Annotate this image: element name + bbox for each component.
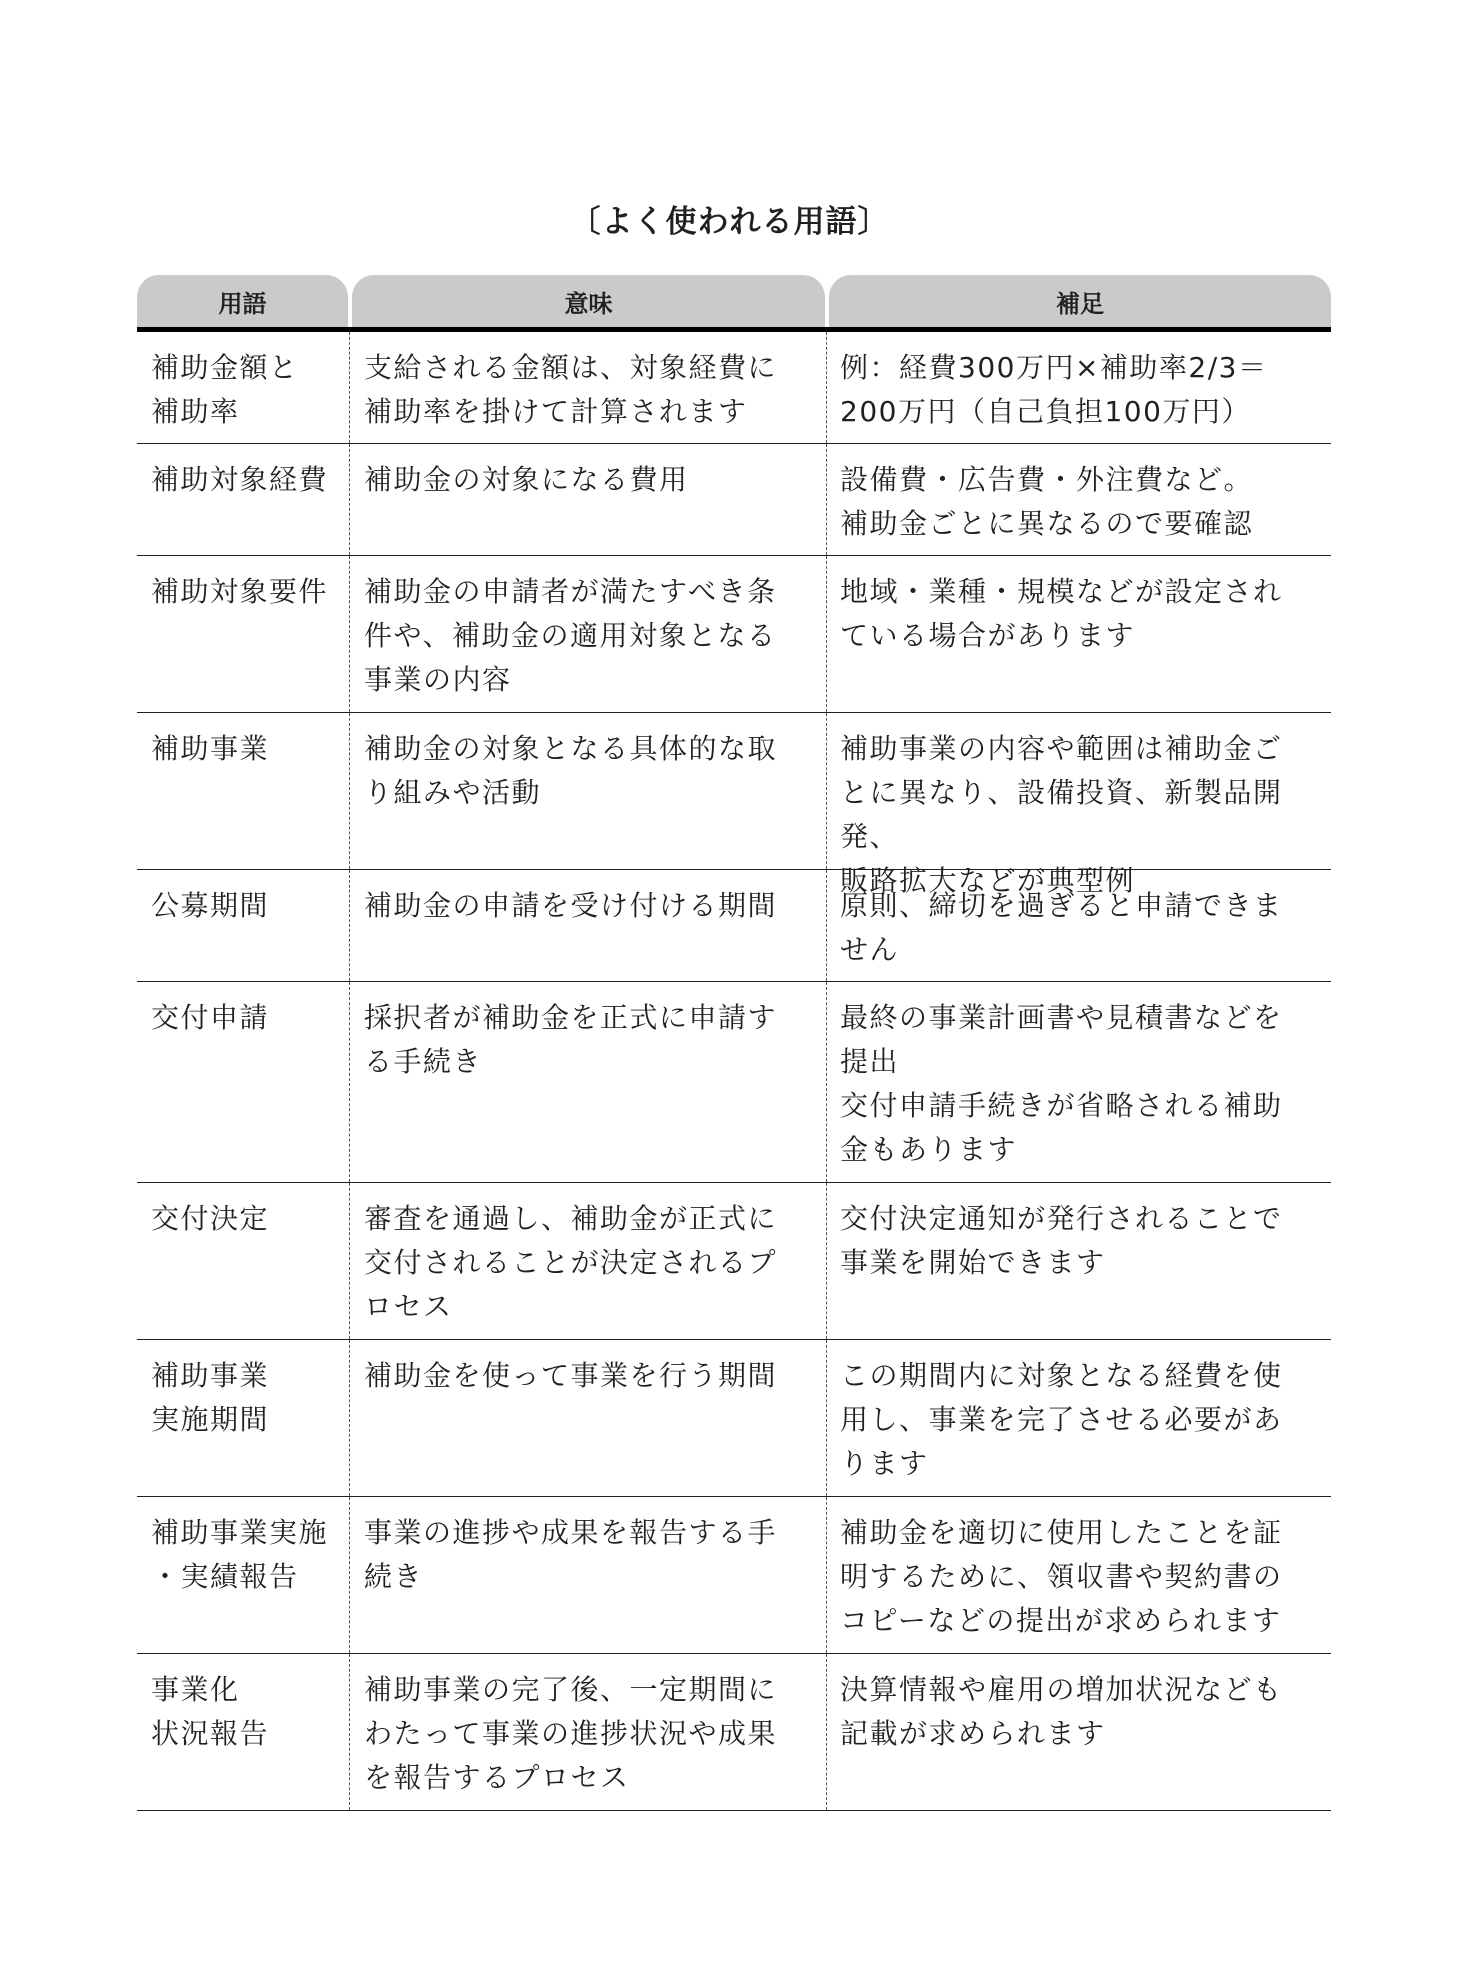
term-cell: 補助事業 (137, 713, 350, 869)
term-cell: 補助事業実施 ・実績報告 (137, 1497, 350, 1653)
header-note: 補足 (829, 275, 1331, 327)
note-cell: 決算情報や雇用の増加状況なども 記載が求められます (827, 1654, 1331, 1810)
meaning-cell: 補助金の対象になる費用 (350, 444, 827, 555)
table-row: 補助事業補助金の対象となる具体的な取 り組みや活動補助事業の内容や範囲は補助金ご… (137, 713, 1331, 870)
term-cell: 補助金額と 補助率 (137, 332, 350, 443)
term-cell: 交付申請 (137, 982, 350, 1182)
term-cell: 補助対象経費 (137, 444, 350, 555)
table-row: 交付決定審査を通過し、補助金が正式に 交付されることが決定されるプ ロセス交付決… (137, 1183, 1331, 1340)
table-row: 公募期間補助金の申請を受け付ける期間原則、締切を過ぎると申請できま せん (137, 870, 1331, 982)
meaning-cell: 補助事業の完了後、一定期間に わたって事業の進捗状況や成果 を報告するプロセス (350, 1654, 827, 1810)
note-cell: 補助金を適切に使用したことを証 明するために、領収書や契約書の コピーなどの提出… (827, 1497, 1331, 1653)
meaning-cell: 事業の進捗や成果を報告する手 続き (350, 1497, 827, 1653)
table-row: 補助事業 実施期間補助金を使って事業を行う期間この期間内に対象となる経費を使 用… (137, 1340, 1331, 1497)
note-cell: この期間内に対象となる経費を使 用し、事業を完了させる必要があ ります (827, 1340, 1331, 1496)
note-cell: 地域・業種・規模などが設定され ている場合があります (827, 556, 1331, 712)
term-cell: 補助対象要件 (137, 556, 350, 712)
meaning-cell: 補助金の対象となる具体的な取 り組みや活動 (350, 713, 827, 869)
meaning-cell: 審査を通過し、補助金が正式に 交付されることが決定されるプ ロセス (350, 1183, 827, 1339)
meaning-cell: 補助金の申請を受け付ける期間 (350, 870, 827, 981)
meaning-cell: 支給される金額は、対象経費に 補助率を掛けて計算されます (350, 332, 827, 443)
table-row: 交付申請採択者が補助金を正式に申請す る手続き最終の事業計画書や見積書などを 提… (137, 982, 1331, 1183)
table-row: 補助対象要件補助金の申請者が満たすべき条 件や、補助金の適用対象となる 事業の内… (137, 556, 1331, 713)
page-title: 〔よく使われる用語〕 (0, 196, 1459, 241)
table-body: 補助金額と 補助率支給される金額は、対象経費に 補助率を掛けて計算されます例：経… (137, 332, 1331, 1811)
header-meaning: 意味 (352, 275, 825, 327)
header-term: 用語 (137, 275, 348, 327)
note-cell: 補助事業の内容や範囲は補助金ご とに異なり、設備投資、新製品開発、 販路拡大など… (827, 713, 1331, 869)
term-cell: 交付決定 (137, 1183, 350, 1339)
meaning-cell: 補助金を使って事業を行う期間 (350, 1340, 827, 1496)
table-row: 補助対象経費補助金の対象になる費用設備費・広告費・外注費など。 補助金ごとに異な… (137, 444, 1331, 556)
glossary-table: 用語 意味 補足 補助金額と 補助率支給される金額は、対象経費に 補助率を掛けて… (137, 275, 1331, 1811)
meaning-cell: 補助金の申請者が満たすべき条 件や、補助金の適用対象となる 事業の内容 (350, 556, 827, 712)
term-cell: 公募期間 (137, 870, 350, 981)
meaning-cell: 採択者が補助金を正式に申請す る手続き (350, 982, 827, 1182)
note-cell: 交付決定通知が発行されることで 事業を開始できます (827, 1183, 1331, 1339)
note-cell: 原則、締切を過ぎると申請できま せん (827, 870, 1331, 981)
note-cell: 最終の事業計画書や見積書などを 提出 交付申請手続きが省略される補助 金もありま… (827, 982, 1331, 1182)
term-cell: 事業化 状況報告 (137, 1654, 350, 1810)
term-cell: 補助事業 実施期間 (137, 1340, 350, 1496)
note-cell: 設備費・広告費・外注費など。 補助金ごとに異なるので要確認 (827, 444, 1331, 555)
table-row: 補助事業実施 ・実績報告事業の進捗や成果を報告する手 続き補助金を適切に使用した… (137, 1497, 1331, 1654)
table-row: 補助金額と 補助率支給される金額は、対象経費に 補助率を掛けて計算されます例：経… (137, 332, 1331, 444)
note-cell: 例：経費300万円×補助率2/3＝ 200万円（自己負担100万円） (827, 332, 1331, 443)
table-header: 用語 意味 補足 (137, 275, 1331, 332)
table-row: 事業化 状況報告補助事業の完了後、一定期間に わたって事業の進捗状況や成果 を報… (137, 1654, 1331, 1811)
